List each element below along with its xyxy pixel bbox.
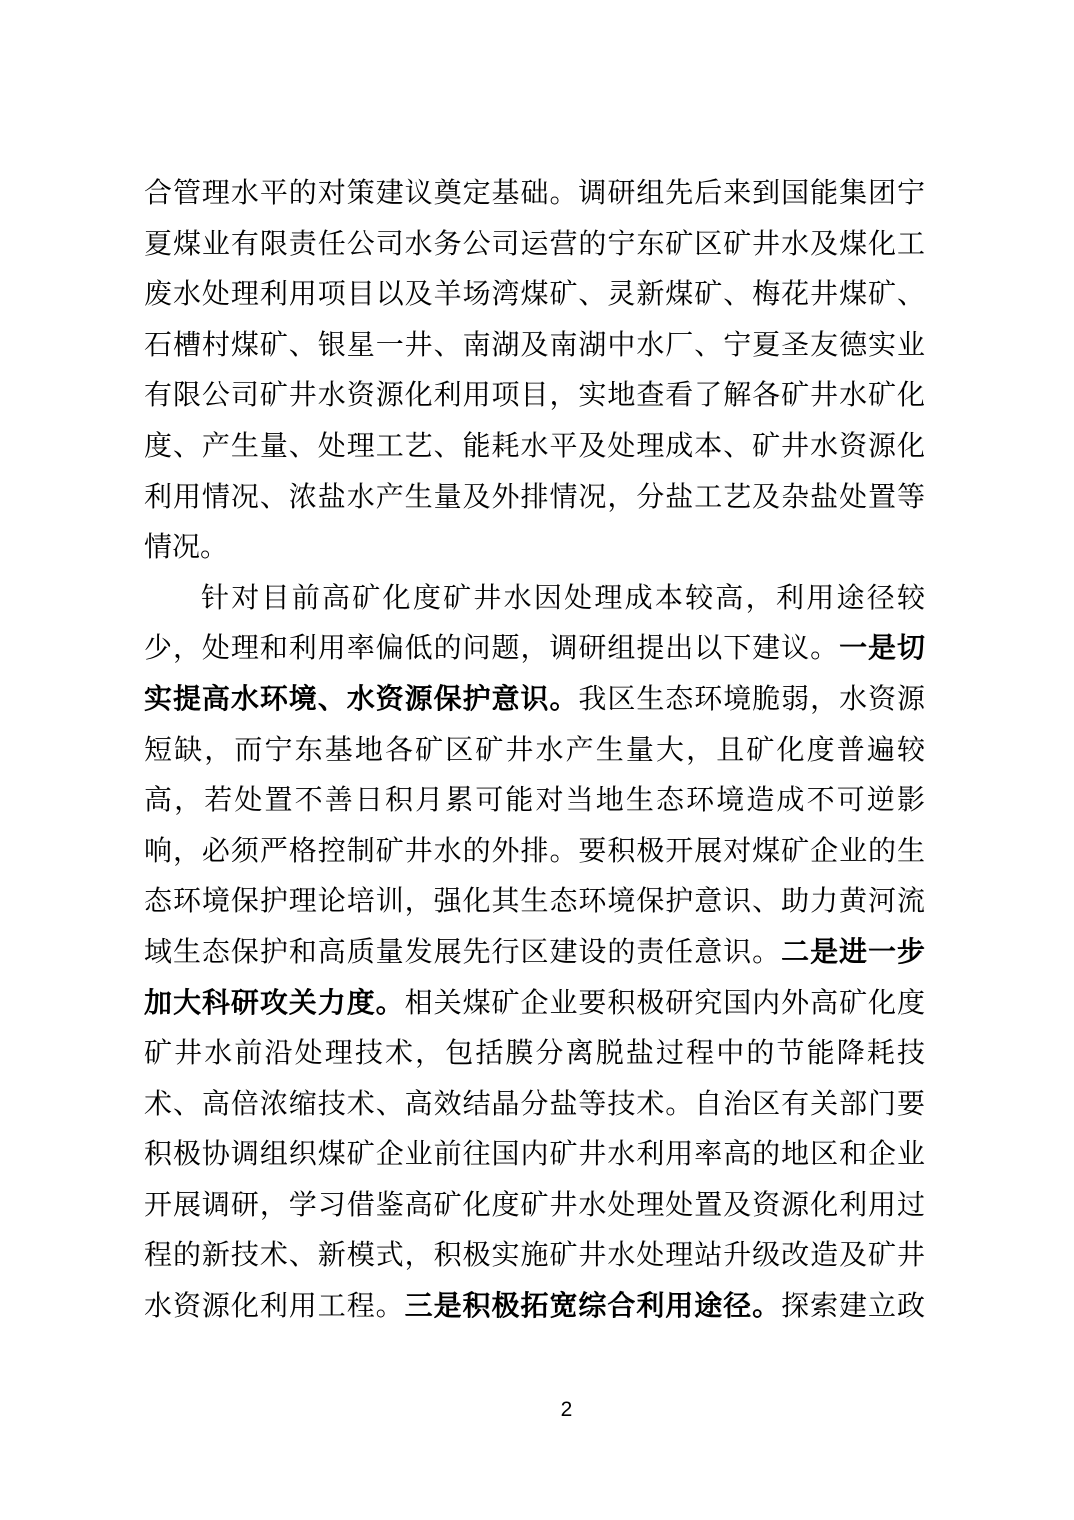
text-run: 程的新技术、新模式，积极实施矿井水处理站升级改造及矿井	[144, 1240, 925, 1271]
text-run: 积极协调组织煤矿企业前往国内矿井水利用率高的地区和企业	[144, 1139, 925, 1170]
text-line: 合管理水平的对策建议奠定基础。调研组先后来到国能集团宁	[144, 169, 925, 220]
bold-text-run: 一是切	[839, 633, 925, 664]
text-line: 术、高倍浓缩技术、高效结晶分盐等技术。自治区有关部门要	[144, 1080, 925, 1131]
text-run: 石槽村煤矿、银星一井、南湖及南湖中水厂、宁夏圣友德实业	[144, 330, 925, 361]
text-line: 夏煤业有限责任公司水务公司运营的宁东矿区矿井水及煤化工	[144, 220, 925, 271]
text-run: 利用情况、浓盐水产生量及外排情况，分盐工艺及杂盐处置等	[144, 482, 925, 513]
bold-text-run: 加大科研攻关力度。	[144, 988, 405, 1019]
text-line: 水资源化利用工程。三是积极拓宽综合利用途径。探索建立政	[144, 1282, 925, 1333]
text-run: 针对目前高矿化度矿井水因处理成本较高，利用途径较	[201, 583, 925, 614]
text-run: 域生态保护和高质量发展先行区建设的责任意识。	[144, 937, 781, 968]
text-line: 针对目前高矿化度矿井水因处理成本较高，利用途径较	[144, 574, 925, 625]
text-line: 情况。	[144, 523, 925, 574]
text-line: 程的新技术、新模式，积极实施矿井水处理站升级改造及矿井	[144, 1231, 925, 1282]
text-run: 相关煤矿企业要积极研究国内外高矿化度	[405, 988, 925, 1019]
bold-text-run: 三是积极拓宽综合利用途径。	[405, 1291, 781, 1322]
text-line: 废水处理利用项目以及羊场湾煤矿、灵新煤矿、梅花井煤矿、	[144, 270, 925, 321]
text-line: 域生态保护和高质量发展先行区建设的责任意识。二是进一步	[144, 928, 925, 979]
text-run: 态环境保护理论培训，强化其生态环境保护意识、助力黄河流	[144, 886, 925, 917]
text-run: 术、高倍浓缩技术、高效结晶分盐等技术。自治区有关部门要	[144, 1089, 925, 1120]
text-line: 石槽村煤矿、银星一井、南湖及南湖中水厂、宁夏圣友德实业	[144, 321, 925, 372]
text-run: 合管理水平的对策建议奠定基础。调研组先后来到国能集团宁	[144, 178, 925, 209]
text-run: 水资源化利用工程。	[144, 1291, 405, 1322]
page-footer: 2	[144, 1398, 989, 1422]
text-run: 废水处理利用项目以及羊场湾煤矿、灵新煤矿、梅花井煤矿、	[144, 279, 925, 310]
text-line: 有限公司矿井水资源化利用项目，实地查看了解各矿井水矿化	[144, 371, 925, 422]
text-run: 夏煤业有限责任公司水务公司运营的宁东矿区矿井水及煤化工	[144, 229, 925, 260]
text-line: 积极协调组织煤矿企业前往国内矿井水利用率高的地区和企业	[144, 1130, 925, 1181]
text-line: 加大科研攻关力度。相关煤矿企业要积极研究国内外高矿化度	[144, 979, 925, 1030]
text-line: 高，若处置不善日积月累可能对当地生态环境造成不可逆影	[144, 776, 925, 827]
text-line: 态环境保护理论培训，强化其生态环境保护意识、助力黄河流	[144, 877, 925, 928]
text-run: 我区生态环境脆弱，水资源	[578, 684, 925, 715]
text-run: 矿井水前沿处理技术，包括膜分离脱盐过程中的节能降耗技	[144, 1038, 925, 1069]
page-number: 2	[561, 1398, 573, 1421]
text-run: 度、产生量、处理工艺、能耗水平及处理成本、矿井水资源化	[144, 431, 925, 462]
text-run: 少，处理和利用率偏低的问题，调研组提出以下建议。	[144, 633, 839, 664]
text-line: 矿井水前沿处理技术，包括膜分离脱盐过程中的节能降耗技	[144, 1029, 925, 1080]
bold-text-run: 二是进一步	[781, 937, 925, 968]
text-run: 响，必须严格控制矿井水的外排。要积极开展对煤矿企业的生	[144, 836, 925, 867]
document-page: 合管理水平的对策建议奠定基础。调研组先后来到国能集团宁夏煤业有限责任公司水务公司…	[0, 0, 1074, 1520]
text-line: 开展调研，学习借鉴高矿化度矿井水处理处置及资源化利用过	[144, 1181, 925, 1232]
text-line: 短缺，而宁东基地各矿区矿井水产生量大，且矿化度普遍较	[144, 726, 925, 777]
text-run: 情况。	[144, 532, 228, 563]
text-run: 短缺，而宁东基地各矿区矿井水产生量大，且矿化度普遍较	[144, 735, 925, 766]
text-line: 少，处理和利用率偏低的问题，调研组提出以下建议。一是切	[144, 624, 925, 675]
text-block: 合管理水平的对策建议奠定基础。调研组先后来到国能集团宁夏煤业有限责任公司水务公司…	[144, 169, 925, 1333]
text-line: 度、产生量、处理工艺、能耗水平及处理成本、矿井水资源化	[144, 422, 925, 473]
text-run: 探索建立政	[781, 1291, 925, 1322]
text-run: 开展调研，学习借鉴高矿化度矿井水处理处置及资源化利用过	[144, 1190, 925, 1221]
text-run: 有限公司矿井水资源化利用项目，实地查看了解各矿井水矿化	[144, 380, 925, 411]
text-line: 实提高水环境、水资源保护意识。我区生态环境脆弱，水资源	[144, 675, 925, 726]
text-run: 高，若处置不善日积月累可能对当地生态环境造成不可逆影	[144, 785, 925, 816]
text-line: 利用情况、浓盐水产生量及外排情况，分盐工艺及杂盐处置等	[144, 473, 925, 524]
bold-text-run: 实提高水环境、水资源保护意识。	[144, 684, 578, 715]
text-line: 响，必须严格控制矿井水的外排。要积极开展对煤矿企业的生	[144, 827, 925, 878]
